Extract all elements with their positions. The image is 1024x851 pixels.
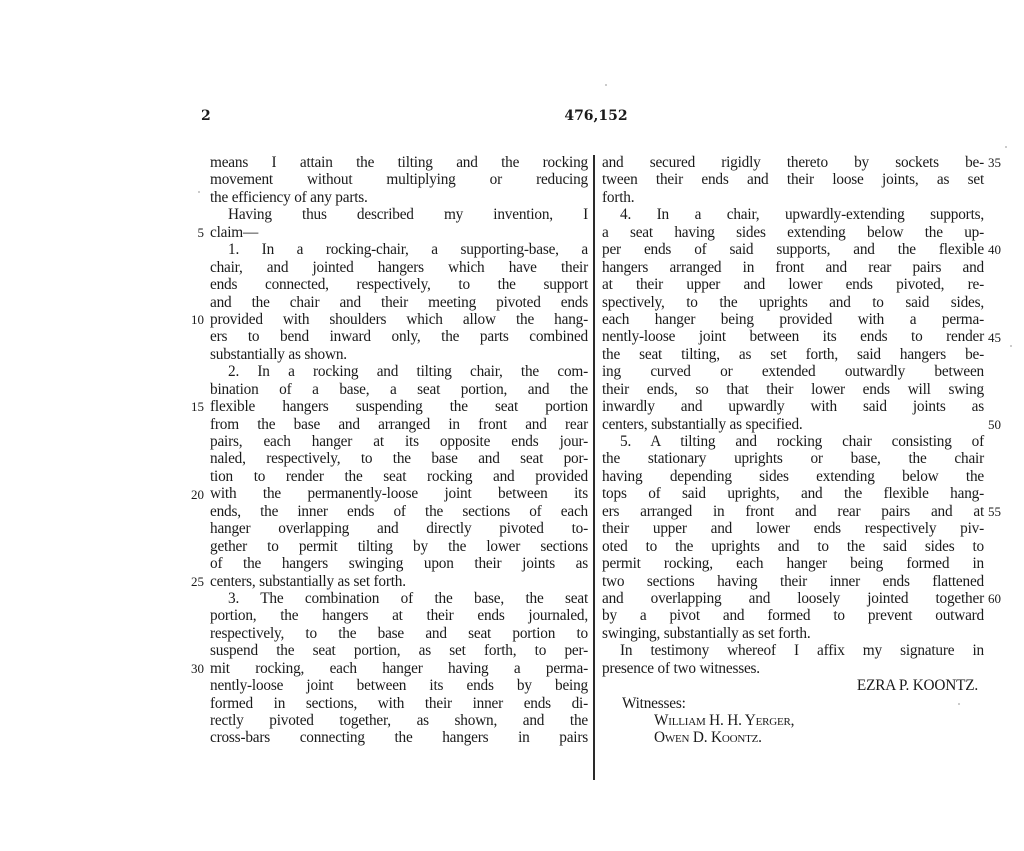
margin-line-number: 10	[178, 311, 204, 328]
margin-line-number: 5	[178, 224, 204, 241]
text-line: having depending sides extending below t…	[602, 468, 984, 485]
column-divider	[593, 155, 595, 780]
text-line: mit rocking, each hanger having a perma-	[210, 660, 588, 677]
text-line: their upper and lower ends respectively …	[602, 520, 984, 537]
text-line: movement without multiplying or reducing	[210, 171, 588, 188]
text-line: naled, respectively, to the base and sea…	[210, 450, 588, 467]
margin-line-number: 35	[988, 154, 1018, 171]
text-line: chair, and jointed hangers which have th…	[210, 259, 588, 276]
text-line: centers, substantially as specified.	[602, 416, 984, 433]
text-line: provided with shoulders which allow the …	[210, 311, 588, 328]
text-line: hangers arranged in front and rear pairs…	[602, 259, 984, 276]
text-line: ing curved or extended outwardly between	[602, 363, 984, 380]
scan-speck	[958, 703, 960, 705]
text-line: rectly pivoted together, as shown, and t…	[210, 712, 588, 729]
text-line: two sections having their inner ends fla…	[602, 573, 984, 590]
text-line: In testimony whereof I affix my signatur…	[602, 642, 984, 659]
text-line: by a pivot and formed to prevent outward	[602, 607, 984, 624]
text-line: nently-loose joint between its ends by b…	[210, 677, 588, 694]
text-line: tops of said uprights, and the flexible …	[602, 485, 984, 502]
text-line: forth.	[602, 189, 984, 206]
margin-line-number: 40	[988, 241, 1018, 258]
text-line: 4. In a chair, upwardly-extending suppor…	[602, 206, 984, 223]
right-column: and secured rigidly thereto by sockets b…	[602, 154, 984, 747]
text-line: the seat tilting, as set forth, said han…	[602, 346, 984, 363]
text-line: centers, substantially as set forth.	[210, 573, 588, 590]
text-line: inwardly and upwardly with said joints a…	[602, 398, 984, 415]
margin-line-number: 25	[178, 573, 204, 590]
margin-line-number: 30	[178, 660, 204, 677]
scan-speck	[198, 191, 200, 193]
margin-line-number: 50	[988, 416, 1018, 433]
text-line: flexible hangers suspending the seat por…	[210, 398, 588, 415]
text-line: and overlapping and loosely jointed toge…	[602, 590, 984, 607]
margin-line-number: 55	[988, 503, 1018, 520]
text-line: portion, the hangers at their ends journ…	[210, 607, 588, 624]
text-line: claim—	[210, 224, 588, 241]
margin-line-number: 60	[988, 590, 1018, 607]
scan-speck	[605, 84, 607, 86]
margin-line-number: 20	[178, 486, 204, 503]
text-line: pairs, each hanger at its opposite ends …	[210, 433, 588, 450]
text-line: swinging, substantially as set forth.	[602, 625, 984, 642]
patent-number: 476,152	[0, 108, 1024, 124]
witness-name: Owen D. Koontz.	[602, 729, 984, 746]
text-line: respectively, to the base and seat porti…	[210, 625, 588, 642]
text-line: Witnesses:	[602, 695, 984, 712]
text-line: the efficiency of any parts.	[210, 189, 588, 206]
witness-name: William H. H. Yerger,	[602, 712, 984, 729]
text-line: 1. In a rocking-chair, a supporting-base…	[210, 241, 588, 258]
text-line: cross-bars connecting the hangers in pai…	[210, 729, 588, 746]
text-line: ends connected, respectively, to the sup…	[210, 276, 588, 293]
scan-speck	[1010, 345, 1012, 347]
text-line: at their upper and lower ends pivoted, r…	[602, 276, 984, 293]
text-line: nently-loose joint between its ends to r…	[602, 328, 984, 345]
text-line: ers arranged in front and rear pairs and…	[602, 503, 984, 520]
text-line: permit rocking, each hanger being formed…	[602, 555, 984, 572]
text-line: oted to the uprights and to the said sid…	[602, 538, 984, 555]
text-line: ends, the inner ends of the sections of …	[210, 503, 588, 520]
text-line: each hanger being provided with a perma-	[602, 311, 984, 328]
scan-speck	[1005, 146, 1007, 148]
text-line: from the base and arranged in front and …	[210, 416, 588, 433]
text-line: per ends of said supports, and the flexi…	[602, 241, 984, 258]
text-line: 3. The combination of the base, the seat	[210, 590, 588, 607]
text-line: tween their ends and their loose joints,…	[602, 171, 984, 188]
text-line: with the permanently-loose joint between…	[210, 485, 588, 502]
text-line: 5. A tilting and rocking chair consistin…	[602, 433, 984, 450]
left-column: means I attain the tilting and the rocki…	[210, 154, 588, 747]
text-line: their ends, so that their lower ends wil…	[602, 381, 984, 398]
text-line: the stationary uprights or base, the cha…	[602, 450, 984, 467]
text-line: bination of a base, a seat portion, and …	[210, 381, 588, 398]
text-line: suspend the seat portion, as set forth, …	[210, 642, 588, 659]
text-line: and secured rigidly thereto by sockets b…	[602, 154, 984, 171]
text-line: means I attain the tilting and the rocki…	[210, 154, 588, 171]
signature: EZRA P. KOONTZ.	[602, 677, 984, 694]
text-line: gether to permit tilting by the lower se…	[210, 538, 588, 555]
margin-line-number: 15	[178, 398, 204, 415]
margin-line-number: 45	[988, 329, 1018, 346]
text-line: of the hangers swinging upon their joint…	[210, 555, 588, 572]
text-line: formed in sections, with their inner end…	[210, 695, 588, 712]
text-line: ers to bend inward only, the parts combi…	[210, 328, 588, 345]
text-line: presence of two witnesses.	[602, 660, 984, 677]
text-line: Having thus described my invention, I	[210, 206, 588, 223]
text-line: a seat having sides extending below the …	[602, 224, 984, 241]
text-line: and the chair and their meeting pivoted …	[210, 294, 588, 311]
text-line: spectively, to the uprights and to said …	[602, 294, 984, 311]
text-line: 2. In a rocking and tilting chair, the c…	[210, 363, 588, 380]
text-line: substantially as shown.	[210, 346, 588, 363]
text-line: tion to render the seat rocking and prov…	[210, 468, 588, 485]
text-line: hanger overlapping and directly pivoted …	[210, 520, 588, 537]
